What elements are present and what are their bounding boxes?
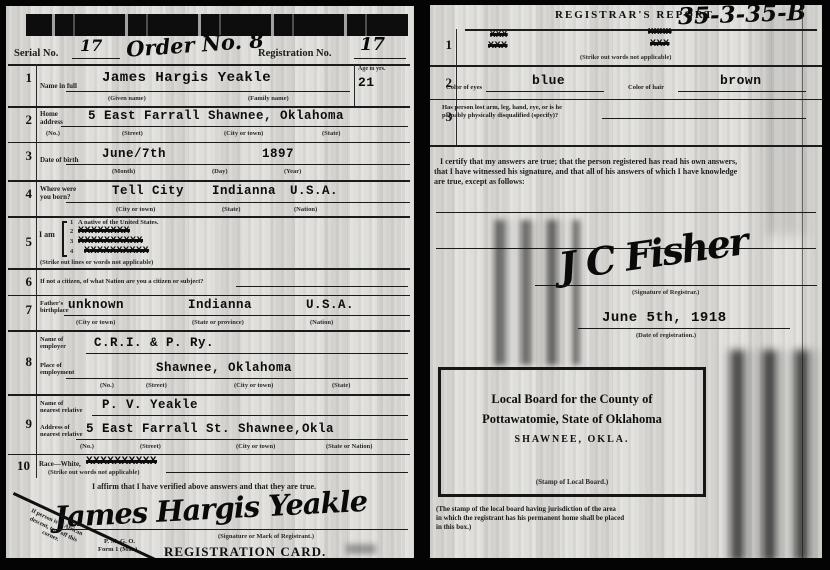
report-row3-label-2: palpably physically disqualified (specif… xyxy=(442,112,558,120)
section-line xyxy=(8,106,410,108)
registrar-signature: J C Fisher xyxy=(556,218,750,289)
birth-year-value: 1897 xyxy=(262,147,294,161)
home-address-value: 5 East Farrall Shawnee, Oklahoma xyxy=(88,109,344,123)
section-line xyxy=(430,99,822,100)
row1-label: Name in full xyxy=(40,82,77,90)
employer-name-value: C.R.I. & P. Ry. xyxy=(94,336,214,350)
row9-label-b2: nearest relative xyxy=(40,431,83,439)
stamp-line-1: Local Board for the County of xyxy=(441,392,703,407)
registrars-report-card: REGISTRAR'S REPORT 35-3-35-B 1 XXX XXX X… xyxy=(430,5,822,558)
age-box-rule xyxy=(354,64,355,106)
row10-line xyxy=(166,472,408,473)
scan-smudge-top-right xyxy=(760,5,805,235)
registrant-signature-caption: (Signature or Mark of Registrant.) xyxy=(218,533,314,540)
row8-label-a2: employer xyxy=(40,343,66,351)
birthplace-state-value: Indianna xyxy=(212,184,276,198)
eyes-value: blue xyxy=(532,73,565,88)
age-label: Age in yrs. xyxy=(358,66,386,72)
birthplace-nation-value: U.S.A. xyxy=(290,184,338,198)
row7-line xyxy=(64,315,410,316)
serial-underline xyxy=(72,58,120,59)
father-birthplace-city-value: unknown xyxy=(68,298,124,312)
row9-line-b xyxy=(76,439,408,440)
row1-line xyxy=(66,91,350,92)
row6-number: 6 xyxy=(10,274,32,290)
section-line xyxy=(8,268,410,270)
row9-label-a2: nearest relative xyxy=(40,407,83,415)
report-row3-label-1: Has person lost arm, leg, hand, eye, or … xyxy=(442,104,562,112)
row1-number: 1 xyxy=(10,70,32,86)
row5-number: 5 xyxy=(10,234,32,250)
row2-sub-state: (State) xyxy=(322,130,340,137)
row1-sub-family: (Family name) xyxy=(248,95,289,102)
registration-date-value: June 5th, 1918 xyxy=(602,310,727,326)
row5-brace xyxy=(62,221,67,257)
stamp-caption: (Stamp of Local Board.) xyxy=(441,478,703,486)
section-line xyxy=(430,145,822,147)
report-row1-crossed-a: XXX xyxy=(490,30,508,40)
report-row1-note: (Strike out words not applicable) xyxy=(580,54,671,61)
row4-sub-nation: (Nation) xyxy=(294,206,317,213)
date-line xyxy=(578,328,790,329)
row8-number: 8 xyxy=(10,354,32,370)
row8-sub-city: (City or town) xyxy=(234,382,273,389)
signature-line xyxy=(51,529,408,530)
certify-line2: that I have witnessed his signature, and… xyxy=(434,167,737,177)
report-row3-line xyxy=(602,118,806,119)
row3-sub-day: (Day) xyxy=(212,168,228,175)
hair-line xyxy=(678,91,806,92)
row8-line-a xyxy=(86,353,408,354)
row5-item4-number: 4 xyxy=(70,248,73,255)
row9-sub-state-nation: (State or Nation) xyxy=(326,443,372,450)
report-row1-number: 1 xyxy=(430,37,452,53)
relative-address-value: 5 East Farrall St. Shawnee,Okla xyxy=(86,422,334,436)
row2-sub-street: (Street) xyxy=(122,130,143,137)
row9-number: 9 xyxy=(10,416,32,432)
row7-number: 7 xyxy=(10,302,32,318)
age-value: 21 xyxy=(358,75,375,90)
section-line xyxy=(8,64,410,66)
row9-sub-street: (Street) xyxy=(140,443,161,450)
row8-sub-state: (State) xyxy=(332,382,350,389)
answer-blank-line-1 xyxy=(436,212,816,213)
serial-value: 17 xyxy=(80,36,102,55)
row5-label: I am xyxy=(39,230,55,240)
card-title: REGISTRATION CARD. xyxy=(164,544,326,558)
stamp-line-2: Pottawatomie, State of Oklahoma xyxy=(441,412,703,427)
row7-label-2: birthplace xyxy=(40,307,69,315)
stamp-line-3: SHAWNEE, OKLA. xyxy=(441,434,703,445)
row3-number: 3 xyxy=(10,148,32,164)
row4-label-2: you born? xyxy=(40,193,71,201)
row8-label-b2: employment xyxy=(40,369,74,377)
number-column-rule xyxy=(36,64,37,478)
stamp-footnote-1: (The stamp of the local board having jur… xyxy=(436,505,616,513)
section-line xyxy=(8,394,410,396)
row2-sub-no: (No.) xyxy=(46,130,60,137)
row3-line xyxy=(66,164,410,165)
print-smudge xyxy=(346,544,376,554)
row8-sub-street: (Street) xyxy=(146,382,167,389)
name-value: James Hargis Yeakle xyxy=(102,70,271,86)
stamp-footnote-2: in which the registrant has his permanen… xyxy=(436,514,624,522)
registration-card: Serial No. 17 Order No. 8 Registration N… xyxy=(6,6,414,558)
father-birthplace-nation-value: U.S.A. xyxy=(306,298,354,312)
row2-line xyxy=(61,126,408,127)
row7-sub-state: (State or province) xyxy=(192,319,244,326)
row3-sub-month: (Month) xyxy=(112,168,135,175)
row4-line xyxy=(66,202,410,203)
registrar-signature-line xyxy=(535,285,817,286)
eyes-label: Color of eyes xyxy=(446,84,482,92)
row5-note: (Strike out lines or words not applicabl… xyxy=(40,259,153,266)
birth-month-day-value: June/7th xyxy=(102,147,166,161)
row9-line-a xyxy=(92,415,408,416)
row4-sub-city: (City or town) xyxy=(116,206,155,213)
row10-number: 10 xyxy=(8,458,30,474)
report-row1-crossed-b: XXX xyxy=(488,41,508,52)
row7-sub-city: (City or town) xyxy=(76,319,115,326)
row8-sub-no: (No.) xyxy=(100,382,114,389)
row5-item2-number: 2 xyxy=(70,228,73,235)
registration-value: 17 xyxy=(360,34,385,55)
birthplace-city-value: Tell City xyxy=(112,184,184,198)
header-line xyxy=(465,29,817,31)
stamp-box: Local Board for the County of Pottawatom… xyxy=(438,367,706,497)
row2-number: 2 xyxy=(10,112,32,128)
row5-item1-number: 1 xyxy=(70,219,73,226)
registration-underline xyxy=(354,58,406,59)
row2-sub-city: (City or town) xyxy=(224,130,263,137)
certify-line3: are true, except as follows: xyxy=(434,177,525,187)
row6-label: If not a citizen, of what Nation are you… xyxy=(40,278,204,286)
section-line xyxy=(8,295,410,296)
hair-value: brown xyxy=(720,73,762,88)
row7-sub-nation: (Nation) xyxy=(310,319,333,326)
report-right-rule xyxy=(802,5,803,558)
report-row1-crossed-d: XXX xyxy=(650,39,670,50)
row9-sub-no: (No.) xyxy=(80,443,94,450)
row4-number: 4 xyxy=(10,186,32,202)
row10-note: (Strike out words not applicable) xyxy=(48,469,139,476)
row5-item3-number: 3 xyxy=(70,238,73,245)
row3-sub-year: (Year) xyxy=(284,168,301,175)
row5-item4-crossed: XXXXXXXXXX xyxy=(84,246,149,257)
section-line xyxy=(430,65,822,67)
father-birthplace-state-value: Indianna xyxy=(188,298,252,312)
scan-smudge-right xyxy=(723,350,821,558)
certify-line1: I certify that my answers are true; that… xyxy=(440,157,737,167)
relative-name-value: P. V. Yeakle xyxy=(102,398,198,412)
report-code-handwritten: 35-3-35-B xyxy=(678,5,807,30)
row6-line xyxy=(236,286,408,287)
registrar-signature-caption: (Signature of Registrar.) xyxy=(632,289,699,296)
section-line xyxy=(8,454,410,455)
serial-label: Serial No. xyxy=(14,48,58,61)
section-line xyxy=(8,216,410,218)
row9-sub-city: (City or town) xyxy=(236,443,275,450)
scan-smudge-left xyxy=(488,220,580,365)
row10-label: Race—White, xyxy=(39,460,81,468)
hair-label: Color of hair xyxy=(628,84,664,92)
row10-crossed: XXXXXXXXXX xyxy=(86,456,157,468)
section-line xyxy=(8,330,410,332)
row1-sub-given: (Given name) xyxy=(108,95,146,102)
registration-date-caption: (Date of registration.) xyxy=(636,332,696,339)
row8-line-b xyxy=(66,378,408,379)
section-line xyxy=(8,180,410,182)
section-line xyxy=(8,142,410,143)
stamp-footnote-3: in this box.) xyxy=(436,523,471,531)
row4-sub-state: (State) xyxy=(222,206,240,213)
eyes-line xyxy=(486,91,604,92)
report-row1-crossed-c: XXXX xyxy=(648,27,672,37)
registration-label: Registration No. xyxy=(258,48,332,61)
row2-label-2: address xyxy=(40,118,63,126)
employment-place-value: Shawnee, Oklahoma xyxy=(156,361,292,375)
